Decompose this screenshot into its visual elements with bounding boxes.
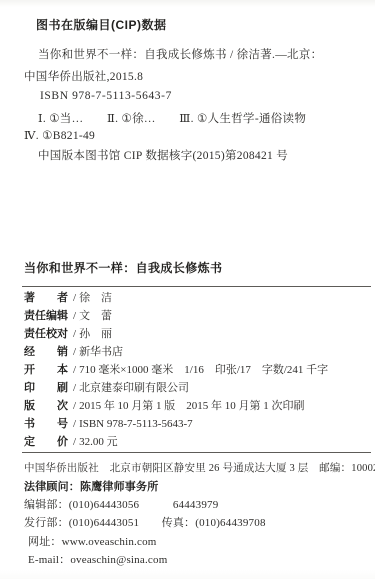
row-proofreader: 责任校对/孙 丽 [24,325,373,343]
row-separator: / [73,346,76,358]
email-line: E-mail：oveaschin@sina.com [28,551,167,567]
row-separator: / [73,382,76,394]
row-label: 印 刷 [24,382,68,394]
row-separator: / [73,310,76,322]
website-line: 网址：www.oveaschin.com [28,533,157,549]
row-separator: / [73,418,76,430]
divider-bottom [22,452,371,453]
cip-heading: 图书在版编目(CIP)数据 [36,16,167,33]
book-title: 当你和世界不一样：自我成长修炼书 [24,259,222,276]
row-label: 书 号 [24,418,68,430]
row-printer: 印 刷/北京建泰印刷有限公司 [24,379,373,397]
row-author: 著 者/徐 洁 [24,289,373,307]
cip-isbn-line: ISBN 978-7-5113-5643-7 [40,90,172,102]
row-distributor: 经 销/新华书店 [24,343,373,361]
legal-counsel-line: 法律顾问：陈鹰律师事务所 [24,478,158,494]
row-value: 710 毫米×1000 毫米 1/16 印张/17 字数/241 千字 [79,364,328,376]
row-separator: / [73,400,76,412]
publisher-address-line: 中国华侨出版社 北京市朝阳区静安里 26 号通成达大厦 3 层 邮编：10002… [24,460,375,475]
row-value: 新华书店 [79,346,123,358]
row-separator: / [73,436,76,448]
row-editor: 责任编辑/文 蕾 [24,307,373,325]
row-label: 著 者 [24,292,68,304]
copyright-page: 图书在版编目(CIP)数据 当你和世界不一样：自我成长修炼书 / 徐洁著.—北京… [0,0,375,579]
distribution-dept-line: 发行部：(010)64443051 传真：(010)64439708 [24,514,266,530]
publication-info-list: 著 者/徐 洁 责任编辑/文 蕾 责任校对/孙 丽 经 销/新华书店 开 本/7… [24,289,373,451]
row-format: 开 本/710 毫米×1000 毫米 1/16 印张/17 字数/241 千字 [24,361,373,379]
row-value: ISBN 978-7-5113-5643-7 [79,418,193,430]
row-value: 北京建泰印刷有限公司 [79,382,189,394]
row-separator: / [73,364,76,376]
row-price: 定 价/32.00 元 [24,433,373,451]
cip-registry-line: 中国版本图书馆 CIP 数据核字(2015)第208421 号 [38,147,288,163]
row-label: 版 次 [24,400,68,412]
row-label: 责任编辑 [24,310,68,322]
row-value: 徐 洁 [79,292,112,304]
row-edition: 版 次/2015 年 10 月第 1 版 2015 年 10 月第 1 次印刷 [24,397,373,415]
row-label: 定 价 [24,436,68,448]
cip-classification-line-1: Ⅰ. ①当… Ⅱ. ①徐… Ⅲ. ①人生哲学-通俗读物 [38,110,306,126]
row-value: 2015 年 10 月第 1 版 2015 年 10 月第 1 次印刷 [79,400,305,412]
row-isbn: 书 号/ISBN 978-7-5113-5643-7 [24,415,373,433]
cip-record-line-2: 中国华侨出版社,2015.8 [24,68,143,84]
row-separator: / [73,328,76,340]
row-value: 32.00 元 [79,436,118,448]
editorial-dept-line: 编辑部：(010)64443056 64443979 [24,496,218,512]
cip-classification-line-2: Ⅳ. ①B821-49 [24,128,95,142]
row-label: 经 销 [24,346,68,358]
row-value: 孙 丽 [79,328,112,340]
row-label: 责任校对 [24,328,68,340]
row-value: 文 蕾 [79,310,112,322]
cip-record-line-1: 当你和世界不一样：自我成长修炼书 / 徐洁著.—北京： [38,46,322,62]
divider-top [22,286,371,287]
row-label: 开 本 [24,364,68,376]
row-separator: / [73,292,76,304]
